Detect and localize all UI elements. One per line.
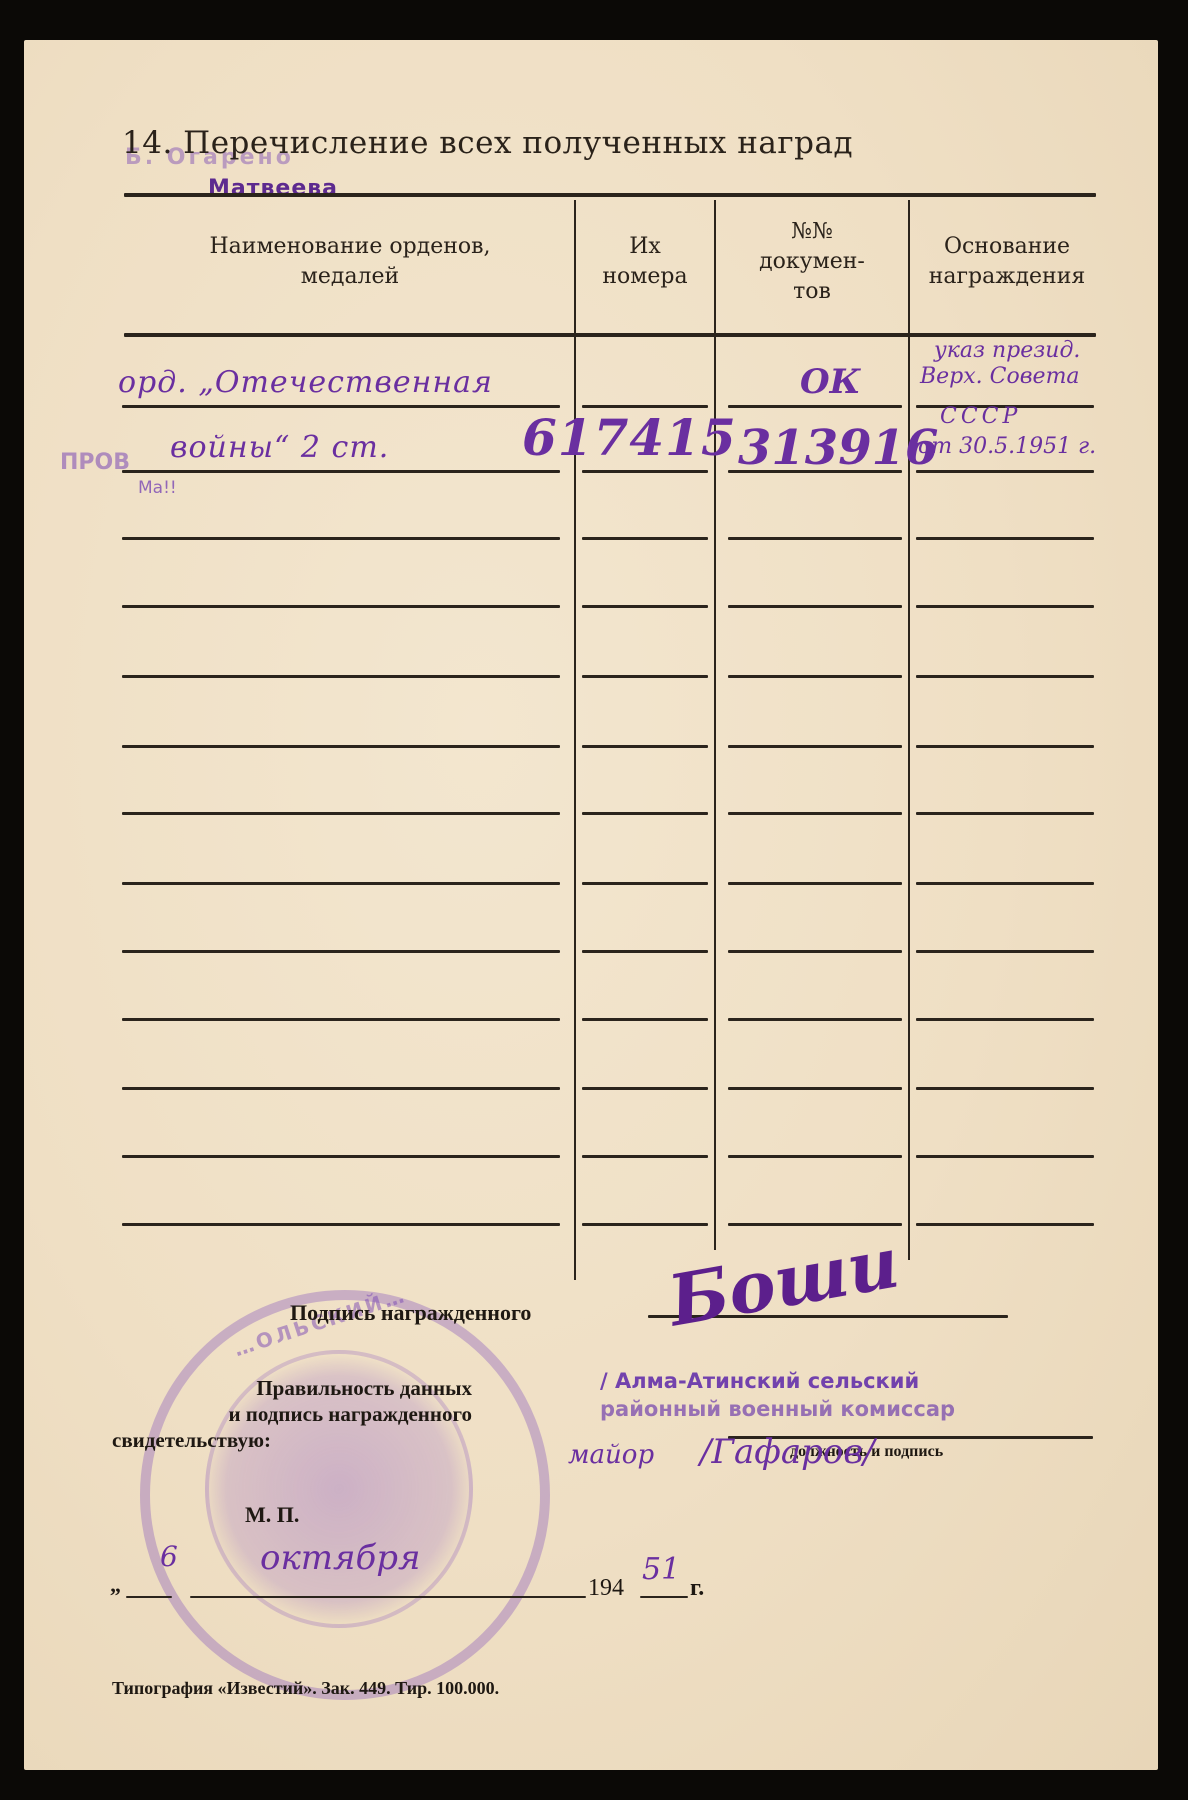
row-rule (122, 1018, 560, 1021)
date-year-prefix: 194 (588, 1575, 624, 1602)
row-rule (728, 605, 902, 608)
row-rule (582, 950, 708, 953)
header-line: номера (578, 262, 712, 292)
row-rule (916, 470, 1094, 473)
header-line: докумен- (718, 247, 906, 277)
row-rule (582, 1223, 708, 1226)
header-numbers: Их номера (578, 232, 712, 292)
row-rule (916, 882, 1094, 885)
row-rule (582, 1087, 708, 1090)
date-year-suffix: 51 (642, 1552, 680, 1587)
row-rule (728, 537, 902, 540)
column-separator-1 (574, 200, 576, 1280)
row-rule (582, 1018, 708, 1021)
column-separator-3 (908, 200, 910, 1260)
row-rule (122, 605, 560, 608)
row-rule (122, 812, 560, 815)
row-rule (916, 537, 1094, 540)
basis-line1: указ презид. (934, 338, 1080, 363)
header-line: Основание (912, 232, 1102, 262)
header-line: №№ (718, 217, 906, 247)
row-rule (916, 1155, 1094, 1158)
row-rule (916, 1018, 1094, 1021)
header-line: медалей (130, 262, 570, 292)
row-rule (728, 675, 902, 678)
award-name-line1: орд. „Отечественная (118, 365, 493, 400)
row-rule (122, 1155, 560, 1158)
certification-text: Правильность данных и подпись награжденн… (112, 1375, 472, 1453)
row-rule (582, 812, 708, 815)
date-month-line (190, 1596, 586, 1598)
date-year-end: г. (690, 1575, 704, 1602)
section-title: 14. Перечисление всех полученных наград (122, 125, 853, 161)
side-stamp-fragment: ПРОВ (60, 450, 130, 475)
award-number: 617415 (522, 408, 737, 467)
row-rule (122, 950, 560, 953)
header-line: Их (578, 232, 712, 262)
row-rule (728, 812, 902, 815)
row-rule (122, 882, 560, 885)
signature-label: Подпись награжденного (290, 1300, 531, 1326)
row-rule (728, 405, 902, 408)
basis-line4: от 30.5.1951 г. (918, 434, 1096, 459)
table-top-rule (124, 193, 1096, 197)
row-rule (728, 882, 902, 885)
row-rule (916, 1087, 1094, 1090)
row-rule (916, 605, 1094, 608)
date-year-line (640, 1596, 688, 1598)
row-rule (582, 675, 708, 678)
row-rule (582, 537, 708, 540)
date-month: октября (260, 1538, 421, 1578)
row-rule (916, 1223, 1094, 1226)
document-number: 313916 (738, 420, 938, 476)
seal-placeholder-label: М. П. (245, 1502, 299, 1528)
row-rule (916, 950, 1094, 953)
row-rule (122, 1087, 560, 1090)
row-rule (728, 1018, 902, 1021)
row-rule (728, 745, 902, 748)
row-rule (916, 812, 1094, 815)
row-rule (916, 745, 1094, 748)
row-rule (582, 605, 708, 608)
header-basis: Основание награждения (912, 232, 1102, 292)
row-rule (122, 675, 560, 678)
row-rule (122, 537, 560, 540)
date-open-quote: „ (110, 1572, 121, 1598)
certification-line: Правильность данных (112, 1375, 472, 1401)
row-rule (122, 405, 560, 408)
official-signature: /Гафаров/ (700, 1432, 875, 1472)
rank-handwritten: майор (568, 1440, 654, 1470)
commissariat-stamp: / Алма-Атинский сельский районный военны… (600, 1367, 955, 1423)
stamp-line: / Алма-Атинский сельский (600, 1367, 955, 1395)
header-award-name: Наименование орденов, медалей (130, 232, 570, 292)
row-rule (582, 470, 708, 473)
row-rule (582, 745, 708, 748)
row-rule (728, 1087, 902, 1090)
row-rule (728, 950, 902, 953)
header-document-numbers: №№ докумен- тов (718, 217, 906, 307)
printer-footer: Типография «Известий». Зак. 449. Тир. 10… (112, 1678, 499, 1699)
row-rule (582, 882, 708, 885)
date-day-line (126, 1596, 172, 1598)
row-rule (122, 1223, 560, 1226)
table-header-rule (124, 333, 1096, 337)
header-line: тов (718, 277, 906, 307)
basis-line2: Верх. Совета (920, 364, 1080, 389)
side-stamp-fragment-2: Ма!! (138, 478, 177, 498)
certification-line: свидетельствую: (112, 1427, 472, 1453)
date-day: 6 (160, 1540, 178, 1573)
header-line: Наименование орденов, (130, 232, 570, 262)
row-rule (582, 1155, 708, 1158)
document-series: ОК (800, 362, 861, 402)
row-rule (728, 1155, 902, 1158)
basis-line3: СССР (940, 404, 1021, 429)
certification-line: и подпись награжденного (112, 1401, 472, 1427)
header-line: награждения (912, 262, 1102, 292)
surname-stamp: Матвеева (208, 176, 338, 201)
row-rule (122, 745, 560, 748)
row-rule (122, 470, 560, 473)
stamp-line: районный военный комиссар (600, 1395, 955, 1423)
column-separator-2 (714, 200, 716, 1250)
award-name-line2: войны“ 2 ст. (170, 430, 389, 465)
row-rule (916, 675, 1094, 678)
